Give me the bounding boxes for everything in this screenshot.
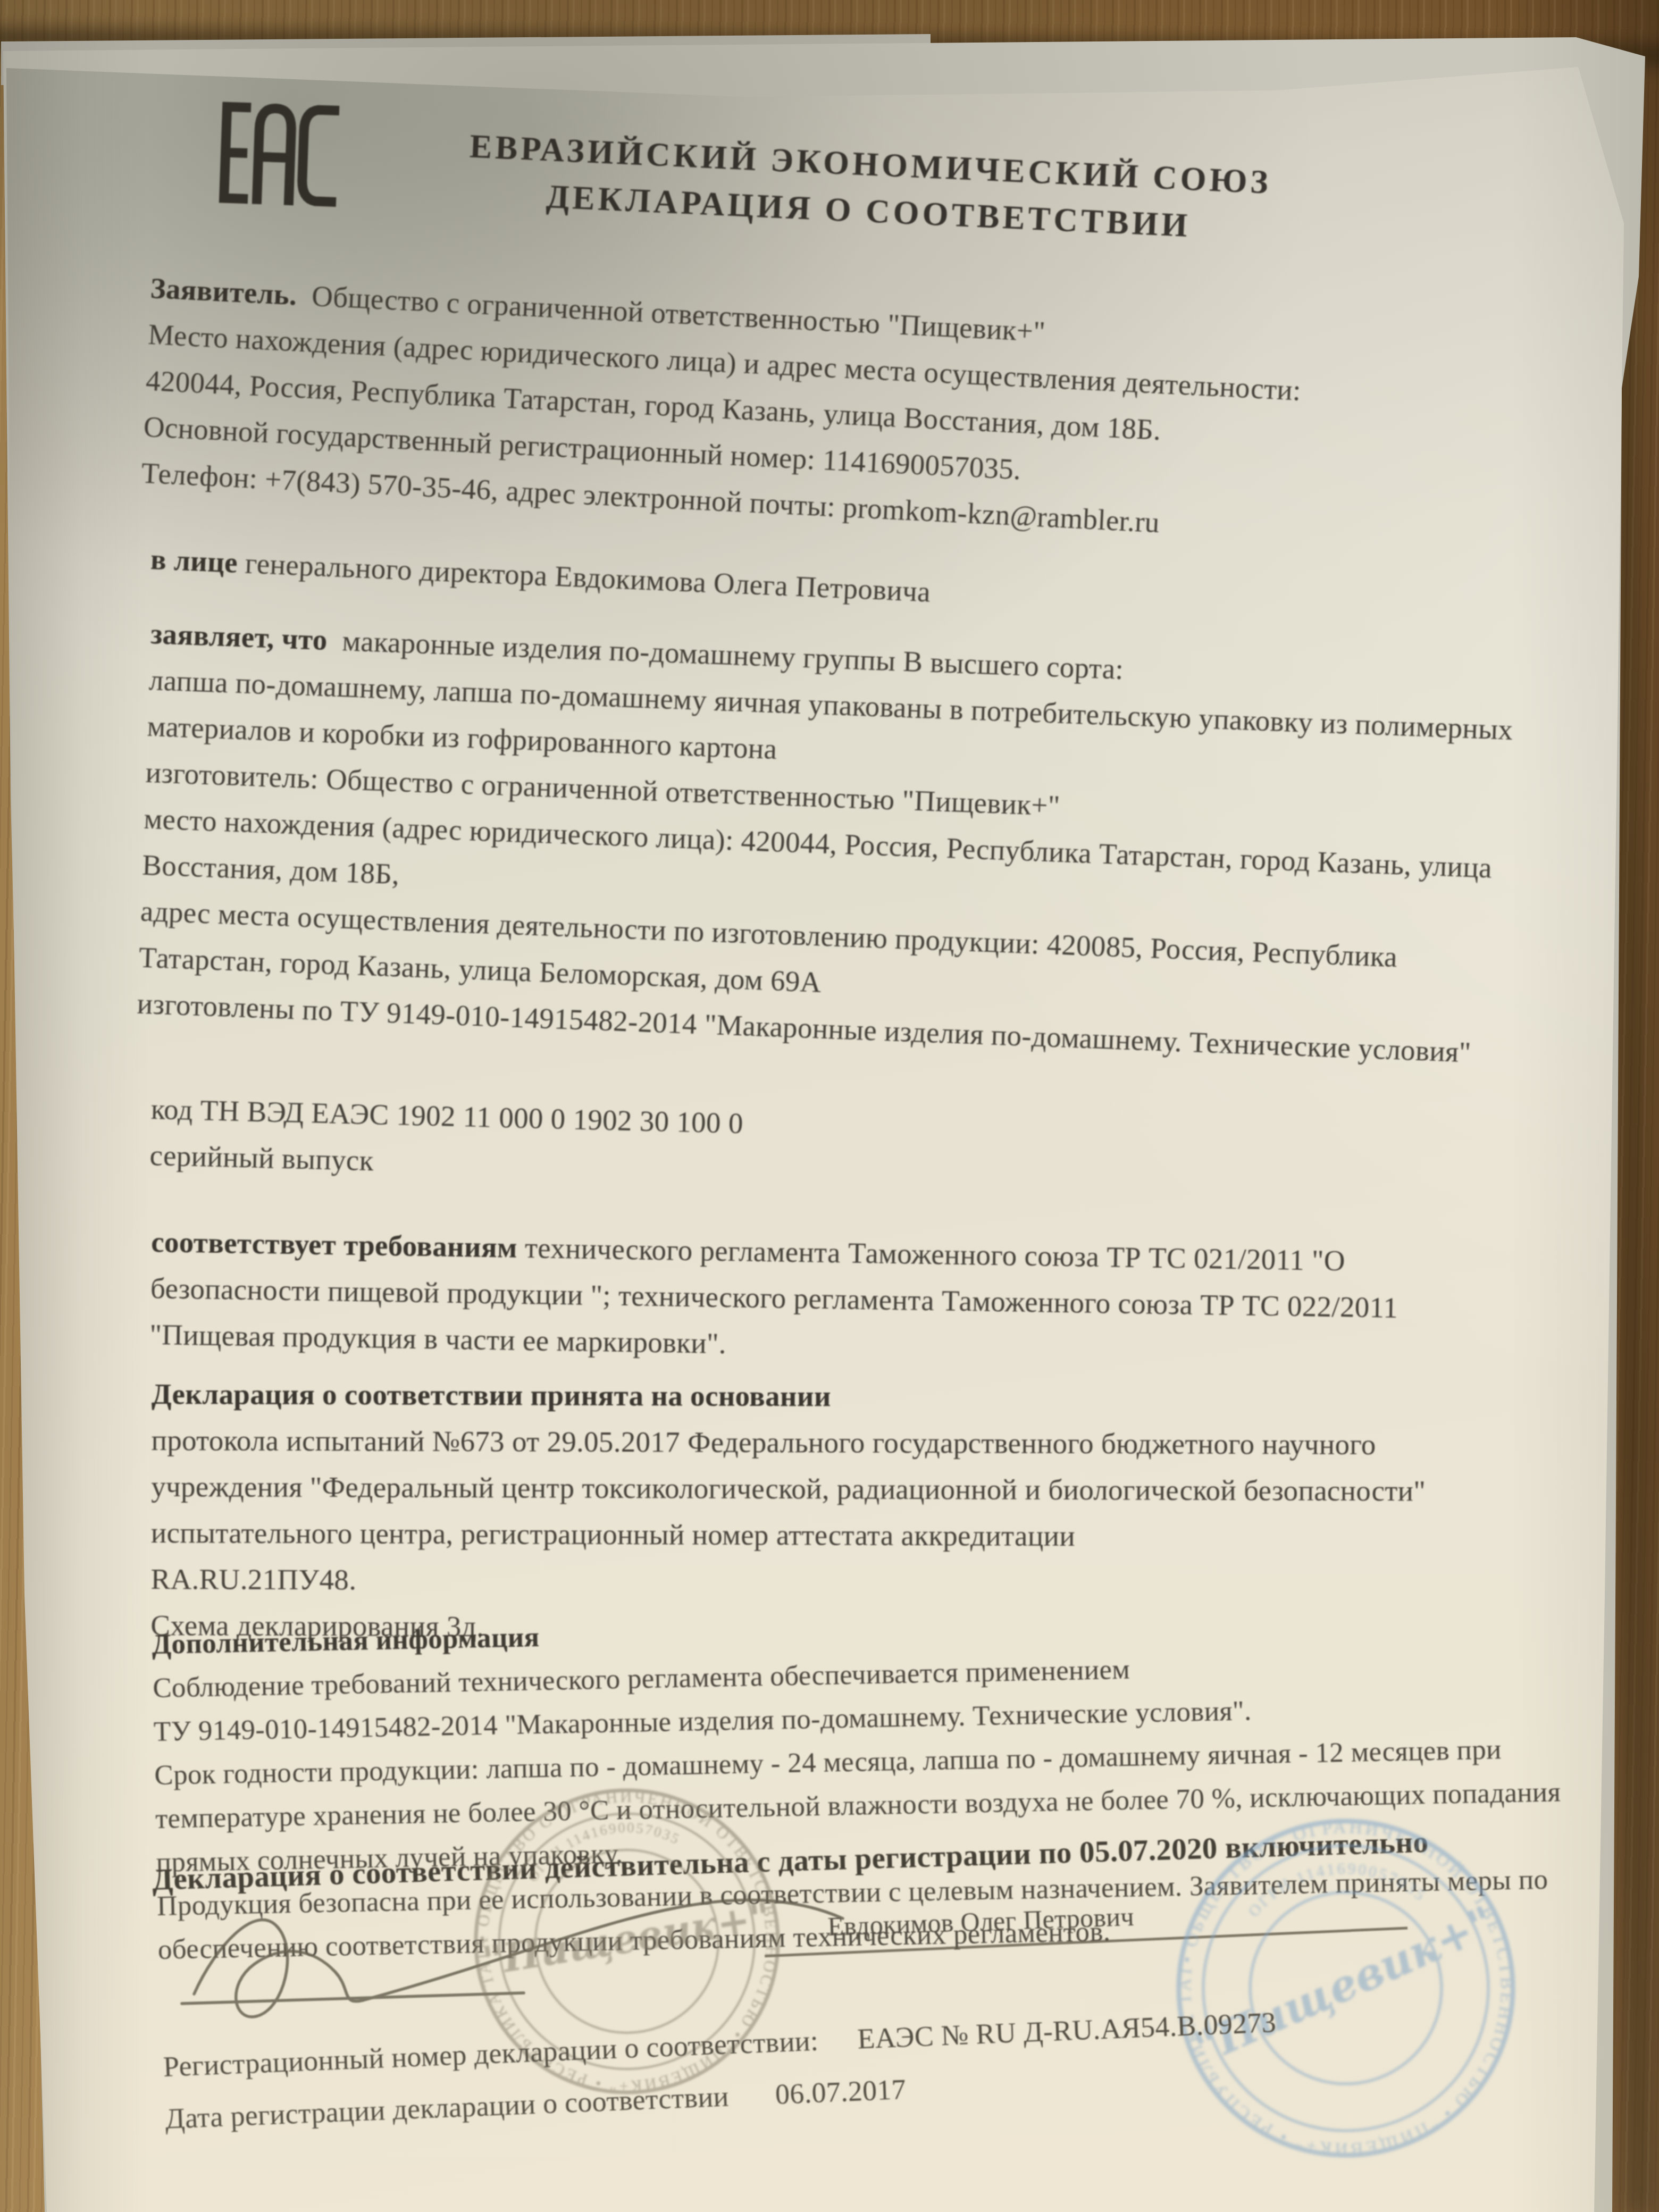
basis-protocol: протокола испытаний №673 от 29.05.2017 Ф…	[151, 1417, 1460, 1561]
blue-company-stamp: • ОБЩЕСТВО С ОГРАНИЧЕННОЙ ОТВЕТСТВЕННОСТ…	[1137, 1780, 1555, 2197]
compliance-label: соответствует требованиям	[151, 1226, 518, 1264]
gray-stamp-center-text: "Пищевик+"	[480, 1894, 774, 1984]
applicant-label: Заявитель.	[149, 272, 297, 311]
compliance-section: соответствует требованиям технического р…	[149, 1219, 1481, 1378]
photo-of-document: ЕВРАЗИЙСКИЙ ЭКОНОМИЧЕСКИЙ СОЮЗ ДЕКЛАРАЦИ…	[0, 0, 1659, 2212]
document-title: ЕВРАЗИЙСКИЙ ЭКОНОМИЧЕСКИЙ СОЮЗ ДЕКЛАРАЦИ…	[437, 121, 1302, 254]
registration-date-value: 06.07.2017	[775, 2073, 907, 2110]
basis-accreditation: RA.RU.21ПУ48.	[150, 1556, 1459, 1607]
applicant-section: Заявитель. Общество с ограниченной ответ…	[140, 265, 1479, 561]
document-content: ЕВРАЗИЙСКИЙ ЭКОНОМИЧЕСКИЙ СОЮЗ ДЕКЛАРАЦИ…	[0, 0, 1659, 2212]
product-section: заявляет, что макаронные изделия по-дома…	[136, 610, 1533, 1077]
eac-mark-icon	[212, 100, 341, 211]
registration-number-value: ЕАЭС № RU Д-RU.АЯ54.В.09273	[857, 2006, 1277, 2055]
customs-code-section: код ТН ВЭД ЕАЭС 1902 11 000 0 1902 30 10…	[149, 1086, 1481, 1211]
representative-text: генерального директора Евдокимова Олега …	[245, 547, 931, 608]
basis-heading: Декларация о соответствии принята на осн…	[152, 1371, 1460, 1422]
declares-label: заявляет, что	[150, 617, 328, 656]
representative-label: в лице	[150, 543, 238, 579]
